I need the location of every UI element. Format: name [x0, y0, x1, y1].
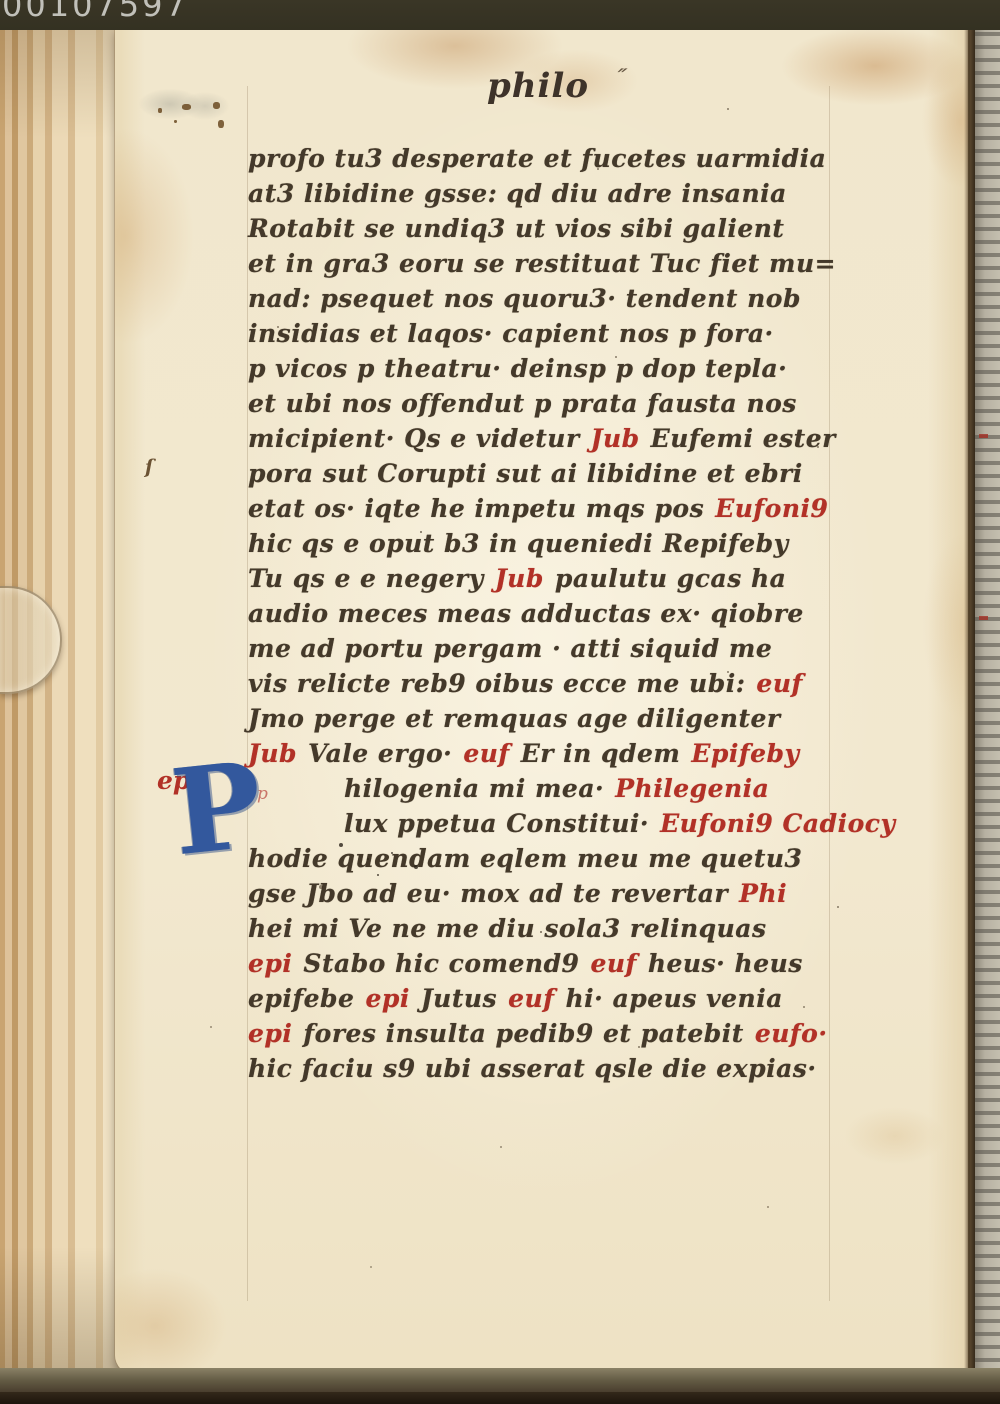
text-segment: Jmo perge et remquas age diligenter — [248, 704, 781, 733]
text-segment: pora sut Corupti sut ai libidine et ebri — [248, 459, 803, 488]
manuscript-line: Tu qs e e negeryJubpaulutu gcas ha — [248, 564, 938, 599]
manuscript-line: et ubi nos offendut p prata fausta nos — [248, 389, 938, 424]
page-heading: philo ″ — [487, 64, 626, 106]
heading-tick-marks: ″ — [611, 64, 630, 88]
rubric-segment: euf — [756, 669, 802, 698]
rubric-segment: epi — [248, 1019, 292, 1048]
manuscript-line: insidias et laqos· capient nos p fora· — [248, 319, 938, 354]
rubric-segment: euf — [508, 984, 554, 1013]
text-segment: fores insulta pedib9 et patebit — [303, 1019, 743, 1048]
text-segment: et ubi nos offendut p prata fausta nos — [248, 389, 797, 418]
text-segment: Jutus — [421, 984, 497, 1013]
manuscript-photo: 00107597 philo ″ ſ epi P p profo tu3 des… — [0, 0, 1000, 1404]
text-segment: Er in qdem — [521, 739, 681, 768]
text-segment: p vicos p theatru· deinsp p dop tepla· — [248, 354, 787, 383]
manuscript-line: me ad portu pergam · atti siquid me — [248, 634, 938, 669]
rubric-segment: Jub — [591, 424, 640, 453]
manuscript-line: vis relicte reb9 oibus ecce me ubi:euf — [248, 669, 938, 704]
book-bottom-edge — [0, 1368, 1000, 1394]
text-segment: me ad portu pergam · atti siquid me — [248, 634, 772, 663]
erased-smudge — [130, 76, 235, 138]
text-segment: Stabo hic comend9 — [303, 949, 579, 978]
manuscript-line: epifores insulta pedib9 et patebiteufo· — [248, 1019, 938, 1054]
rubric-segment: Jub — [248, 739, 297, 768]
text-segment: et in gra3 eoru se restituat Tuc fiet mu… — [248, 249, 836, 278]
manuscript-line: Jmo perge et remquas age diligenter — [248, 704, 938, 739]
rubric-segment: epi — [248, 949, 292, 978]
manuscript-line: at3 libidine gsse: qd diu adre insania — [248, 179, 938, 214]
text-segment: Eufemi ester — [651, 424, 836, 453]
manuscript-line: audio meces meas adductas ex· qiobre — [248, 599, 938, 634]
manuscript-line: et in gra3 eoru se restituat Tuc fiet mu… — [248, 249, 938, 284]
text-segment: etat os· iqte he impetu mqs pos — [248, 494, 704, 523]
text-segment: audio meces meas adductas ex· qiobre — [248, 599, 804, 628]
text-segment: insidias et laqos· capient nos p fora· — [248, 319, 774, 348]
margin-annotation-mark: ſ — [145, 456, 153, 478]
text-segment: Vale ergo· — [308, 739, 452, 768]
facing-page-sliver — [975, 6, 1000, 1398]
manuscript-line: micipient· Qs e videturJubEufemi ester — [248, 424, 938, 459]
table-surface-bottom — [0, 1392, 1000, 1404]
rubric-segment: Epifeby — [691, 739, 799, 768]
text-segment: hodie quendam eqlem meu me quetu3 — [248, 844, 802, 873]
text-segment: micipient· Qs e videtur — [248, 424, 580, 453]
text-segment: paulutu gcas ha — [555, 564, 787, 593]
manuscript-line: JubVale ergo·eufEr in qdemEpifeby — [248, 739, 938, 774]
manuscript-line: Rotabit se undiq3 ut vios sibi galient — [248, 214, 938, 249]
text-segment: hei mi Ve ne me diu sola3 relinquas — [248, 914, 767, 943]
rubric-segment: Philegenia — [615, 774, 769, 803]
manuscript-line: hodie quendam eqlem meu me quetu3 — [248, 844, 938, 879]
manuscript-line: hei mi Ve ne me diu sola3 relinquas — [248, 914, 938, 949]
text-segment: Tu qs e e negery — [248, 564, 484, 593]
page-heading-text: philo — [487, 66, 589, 106]
rubric-segment: Jub — [495, 564, 544, 593]
manuscript-line: nad: psequet nos quoru3· tendent nob — [248, 284, 938, 319]
shelfmark-digits: 00107597 — [2, 0, 189, 24]
facing-page-rubric-mark — [979, 434, 988, 438]
text-segment: hi· apeus venia — [565, 984, 782, 1013]
text-segment: profo tu3 desperate et fucetes uarmidia — [248, 144, 826, 173]
rubric-segment: Phi — [739, 879, 787, 908]
text-segment: nad: psequet nos quoru3· tendent nob — [248, 284, 801, 313]
manuscript-line: profo tu3 desperate et fucetes uarmidia — [248, 144, 938, 179]
facing-page-rubric-mark — [979, 616, 988, 620]
text-segment: hic qs e oput b3 in queniedi Repifeby — [248, 529, 789, 558]
scanner-strip-top: 00107597 — [0, 0, 1000, 30]
text-segment: hic faciu s9 ubi asserat qsle die expias… — [248, 1054, 817, 1083]
text-segment: epifebe — [248, 984, 354, 1013]
manuscript-line: hilogenia mi mea·Philegenia — [248, 774, 938, 809]
text-segment: heus· heus — [648, 949, 803, 978]
rubric-segment: Eufoni9 Cadiocy — [660, 809, 895, 838]
text-segment: Rotabit se undiq3 ut vios sibi galient — [248, 214, 784, 243]
rubric-segment: Eufoni9 — [715, 494, 828, 523]
page-edges-stack — [0, 30, 122, 1382]
rubric-segment: epi — [365, 984, 409, 1013]
manuscript-line: hic faciu s9 ubi asserat qsle die expias… — [248, 1054, 938, 1089]
manuscript-line: hic qs e oput b3 in queniedi Repifeby — [248, 529, 938, 564]
text-segment: hilogenia mi mea· — [344, 774, 604, 803]
text-segment: at3 libidine gsse: qd diu adre insania — [248, 179, 787, 208]
text-block: profo tu3 desperate et fucetes uarmidiaa… — [248, 144, 938, 1089]
manuscript-line: p vicos p theatru· deinsp p dop tepla· — [248, 354, 938, 389]
text-segment: gse Jbo ad eu· mox ad te revertar — [248, 879, 728, 908]
manuscript-line: pora sut Corupti sut ai libidine et ebri — [248, 459, 938, 494]
rubric-segment: euf — [590, 949, 636, 978]
manuscript-page: philo ″ ſ epi P p profo tu3 desperate et… — [115, 26, 968, 1375]
text-segment: lux ppetua Constitui· — [344, 809, 649, 838]
text-segment: vis relicte reb9 oibus ecce me ubi: — [248, 669, 745, 698]
manuscript-line: epiStabo hic comend9eufheus· heus — [248, 949, 938, 984]
manuscript-line: lux ppetua Constitui·Eufoni9 Cadiocy — [248, 809, 938, 844]
rubric-segment: euf — [463, 739, 509, 768]
rubric-segment: eufo· — [755, 1019, 828, 1048]
manuscript-line: etat os· iqte he impetu mqs posEufoni9 — [248, 494, 938, 529]
manuscript-line: epifebeepiJutuseufhi· apeus venia — [248, 984, 938, 1019]
manuscript-line: gse Jbo ad eu· mox ad te revertarPhi — [248, 879, 938, 914]
